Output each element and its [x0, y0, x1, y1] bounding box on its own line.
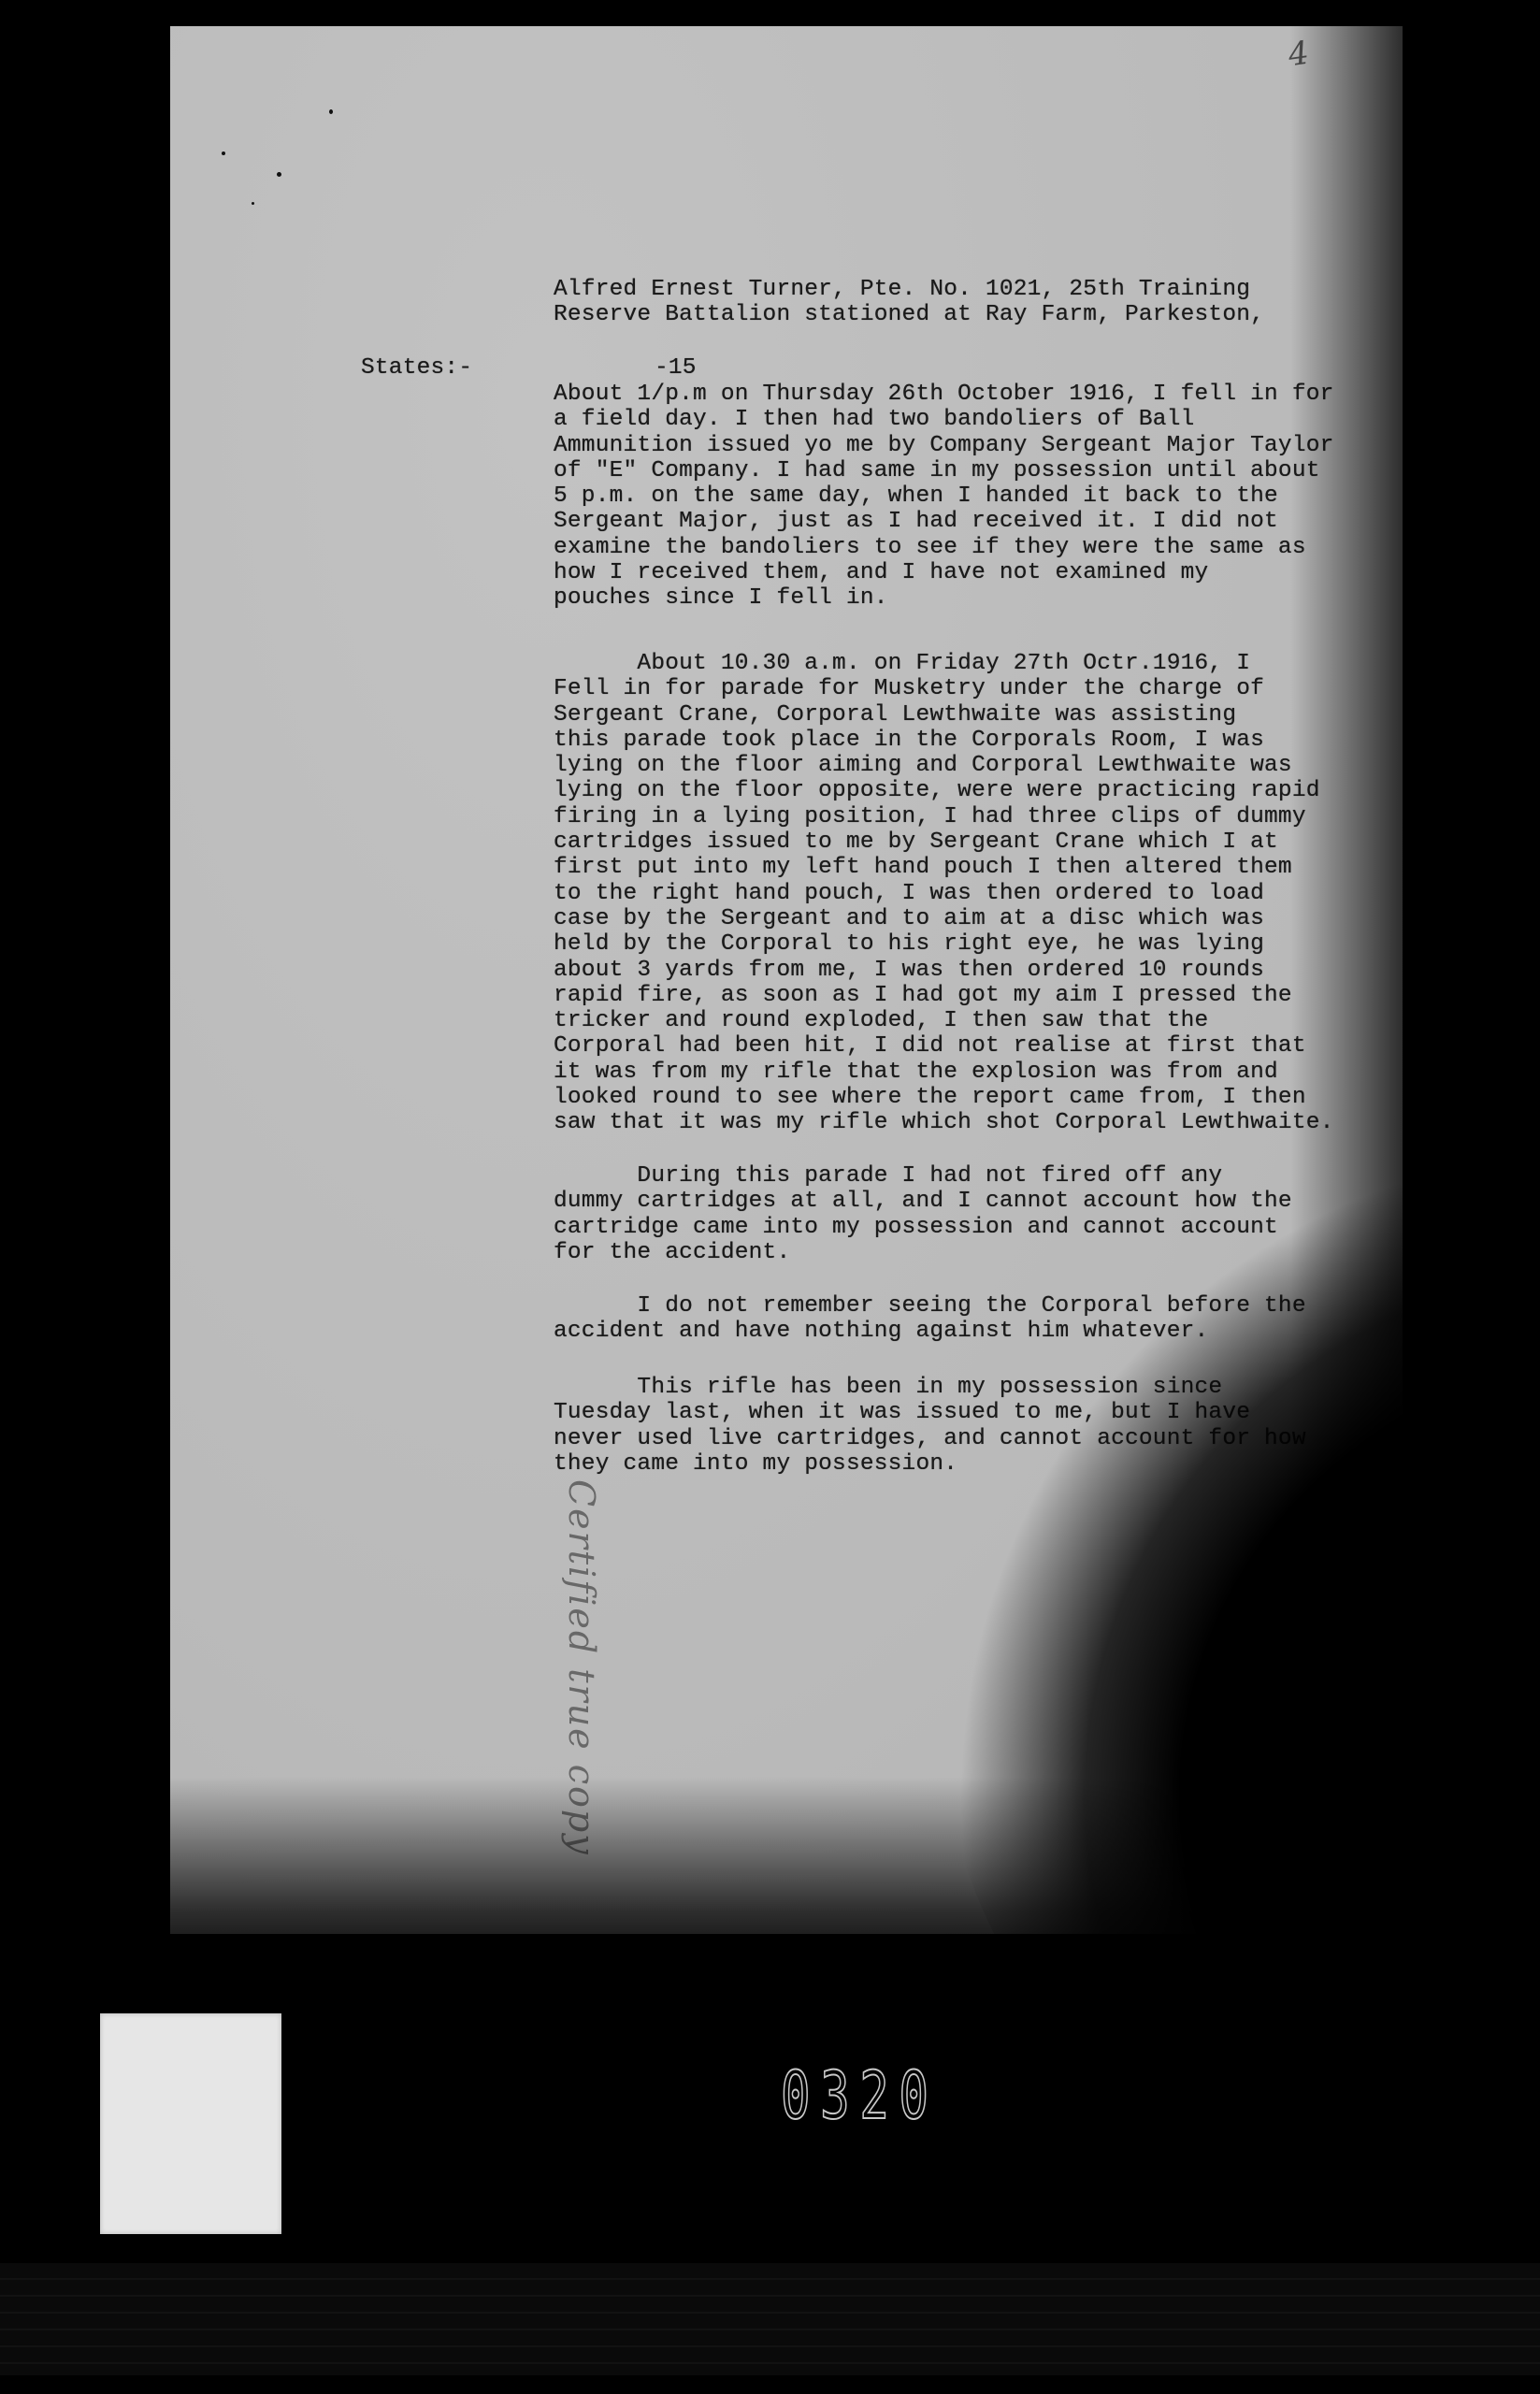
text-line: held by the Corporal to his right eye, h…	[554, 931, 1264, 957]
text-line: About 10.30 a.m. on Friday 27th Octr.191…	[554, 651, 1250, 676]
text-line: Corporal had been hit, I did not realise…	[554, 1033, 1306, 1059]
text-line: examine the bandoliers to see if they we…	[554, 535, 1306, 560]
text-line: about 3 yards from me, I was then ordere…	[554, 958, 1264, 983]
film-edge-scanlines	[0, 2263, 1540, 2375]
statement-paragraph-2: About 10.30 a.m. on Friday 27th Octr.191…	[554, 651, 1334, 1136]
text-line: rapid fire, as soon as I had got my aim …	[554, 983, 1292, 1008]
text-line: looked round to see where the report cam…	[554, 1085, 1306, 1110]
text-line: to the right hand pouch, I was then orde…	[554, 881, 1264, 906]
states-label: States:-	[361, 355, 472, 381]
text-line: 5 p.m. on the same day, when I handed it…	[554, 483, 1278, 509]
text-line: lying on the floor aiming and Corporal L…	[554, 753, 1292, 778]
text-line: first put into my left hand pouch I then…	[554, 855, 1292, 880]
text-line: how I received them, and I have not exam…	[554, 560, 1208, 585]
text-line: Fell in for parade for Musketry under th…	[554, 676, 1264, 701]
text-line: Ammunition issued yo me by Company Serge…	[554, 433, 1334, 458]
text-line: Sergeant Major, just as I had received i…	[554, 509, 1278, 534]
text-line: During this parade I had not fired off a…	[554, 1163, 1222, 1189]
paper-speck	[277, 172, 281, 177]
text-line: cartridges issued to me by Sergeant Cran…	[554, 829, 1278, 855]
text-line: saw that it was my rifle which shot Corp…	[554, 1110, 1334, 1135]
text-line: lying on the floor opposite, were were p…	[554, 778, 1320, 803]
text-line: About 1/p.m on Thursday 26th October 191…	[554, 382, 1334, 407]
text-line: for the accident.	[554, 1240, 790, 1265]
paper-speck	[252, 202, 254, 205]
typed-page-number: -15	[655, 355, 697, 381]
text-line: case by the Sergeant and to aim at a dis…	[554, 906, 1264, 931]
heading-line-1: Alfred Ernest Turner, Pte. No. 1021, 25t…	[554, 277, 1250, 302]
statement-paragraph-1: About 1/p.m on Thursday 26th October 191…	[554, 382, 1334, 612]
text-line: they came into my possession.	[554, 1451, 957, 1477]
text-line: of "E" Company. I had same in my possess…	[554, 458, 1320, 483]
text-line: a field day. I then had two bandoliers o…	[554, 407, 1195, 432]
text-line: dummy cartridges at all, and I cannot ac…	[554, 1189, 1292, 1214]
paper-speck	[329, 109, 333, 114]
film-calibration-card	[100, 2013, 281, 2234]
microfilm-frame-number: 0320	[781, 2057, 938, 2134]
text-line: it was from my rifle that the explosion …	[554, 1060, 1278, 1085]
heading-line-2: Reserve Battalion stationed at Ray Farm,…	[554, 302, 1264, 327]
film-border-right	[1403, 0, 1540, 2394]
statement-heading: Alfred Ernest Turner, Pte. No. 1021, 25t…	[554, 277, 1264, 328]
text-line: firing in a lying position, I had three …	[554, 804, 1306, 829]
text-line: Sergeant Crane, Corporal Lewthwaite was …	[554, 702, 1236, 728]
text-line: tricker and round exploded, I then saw t…	[554, 1008, 1208, 1033]
paper-speck	[222, 151, 225, 155]
scan-shadow-bottom	[140, 1777, 1540, 2020]
text-line: pouches since I fell in.	[554, 585, 888, 611]
text-line: this parade took place in the Corporals …	[554, 728, 1264, 753]
